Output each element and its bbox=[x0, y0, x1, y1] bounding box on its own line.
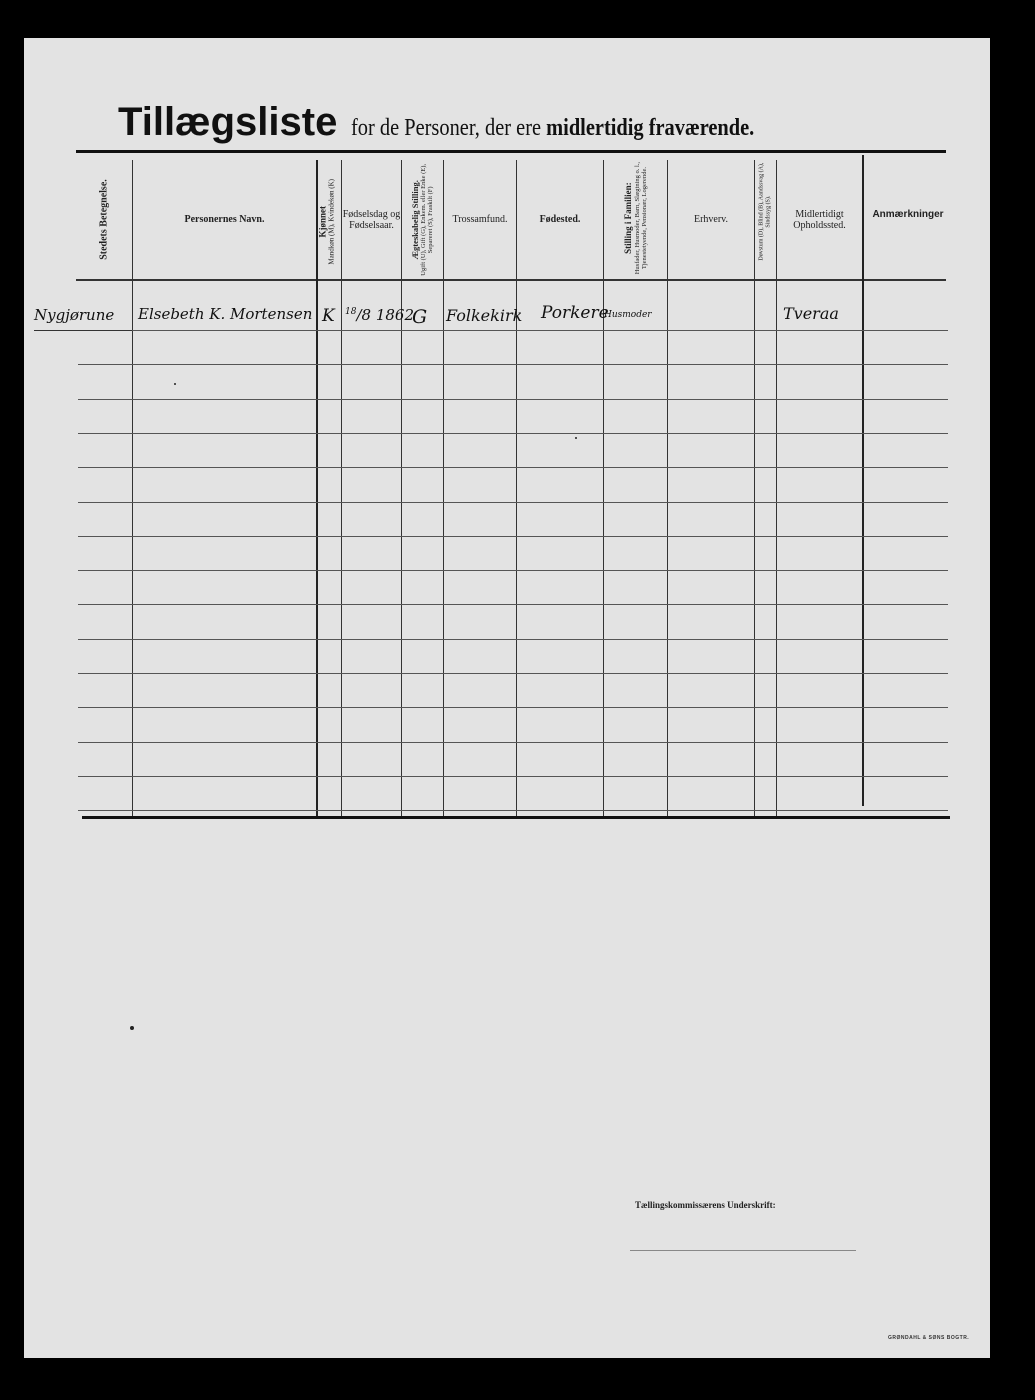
header-personernes-navn: Personernes Navn. bbox=[133, 160, 316, 280]
header-kjonnet: KjønnetMandkøn (M), Kvindekøn (K) bbox=[319, 164, 337, 279]
cell-fodested: Porkere bbox=[541, 303, 609, 323]
table-row-line bbox=[78, 433, 948, 434]
cell-personernes-navn: Elsebeth K. Mortensen bbox=[138, 305, 312, 323]
cell-trossamfund: Folkekirk bbox=[446, 306, 522, 325]
header-erhverv: Erhverv. bbox=[668, 160, 754, 280]
title-subtitle: for de Personer, der ere midlertidig fra… bbox=[351, 115, 754, 142]
cell-kjonnet: K bbox=[322, 306, 335, 326]
table-row-line bbox=[78, 536, 948, 537]
place-underline bbox=[34, 330, 132, 331]
header-trossamfund: Trossamfund. bbox=[444, 160, 516, 280]
form-title: Tillægsliste for de Personer, der ere mi… bbox=[118, 100, 826, 145]
top-rule bbox=[76, 150, 946, 153]
table-row-line bbox=[78, 707, 948, 708]
table-row-line bbox=[78, 810, 948, 811]
table-row-line bbox=[78, 364, 948, 365]
table-row-line bbox=[78, 776, 948, 777]
ink-speck bbox=[174, 383, 176, 385]
cell-stedets-betegnelse: Nygjørune bbox=[34, 306, 114, 324]
cell-aegteskabelig-stilling: G bbox=[412, 306, 427, 328]
cell-fodselsdag: 18/8 1862 bbox=[345, 306, 414, 324]
table-row-line bbox=[78, 502, 948, 503]
table-row-line bbox=[78, 604, 948, 605]
table-row-line bbox=[78, 399, 948, 400]
col-divider bbox=[316, 160, 318, 816]
col-divider bbox=[603, 160, 604, 816]
title-main: Tillægsliste bbox=[118, 100, 337, 144]
table-row-line bbox=[78, 639, 948, 640]
ink-speck bbox=[130, 1026, 134, 1030]
header-fodselsdag: Fødselsdag og Fødselsaar. bbox=[342, 160, 401, 280]
header-stilling-i-familien: Stilling i Familien:Husfader, Husmoder, … bbox=[624, 159, 648, 277]
table-row-line bbox=[78, 330, 948, 331]
header-midlertidigt-opholdssted: Midlertidigt Opholdssted. bbox=[777, 160, 862, 280]
signature-label: Tællingskommissærens Underskrift: bbox=[635, 1200, 776, 1210]
header-anmaerkninger: Anmærkninger bbox=[863, 160, 953, 270]
header-fodested: Fødested. bbox=[517, 160, 603, 280]
table-row-line bbox=[78, 467, 948, 468]
table-row-line bbox=[78, 570, 948, 571]
cell-stilling-i-familien: Husmoder bbox=[604, 310, 652, 320]
cell-midlertidigt-opholdssted: Tveraa bbox=[783, 304, 839, 323]
header-stedets-betegnelse: Stedets Betegnelse. bbox=[99, 160, 110, 280]
ink-speck bbox=[575, 437, 577, 439]
header-aegteskabelig-stilling: Ægteskabelig Stilling.Ugift (U), Gift (G… bbox=[411, 161, 435, 279]
table-row-line bbox=[78, 742, 948, 743]
signature-line bbox=[630, 1250, 856, 1251]
table-row-line bbox=[78, 673, 948, 674]
header-dovstum: Døvstum (D), Blind (B), Aandssvag (A), S… bbox=[758, 153, 771, 271]
col-divider bbox=[754, 160, 755, 816]
table-bottom-rule bbox=[82, 816, 950, 819]
col-divider bbox=[401, 160, 402, 816]
printer-imprint: GRØNDAHL & SØNS BOGTR. bbox=[888, 1335, 969, 1341]
